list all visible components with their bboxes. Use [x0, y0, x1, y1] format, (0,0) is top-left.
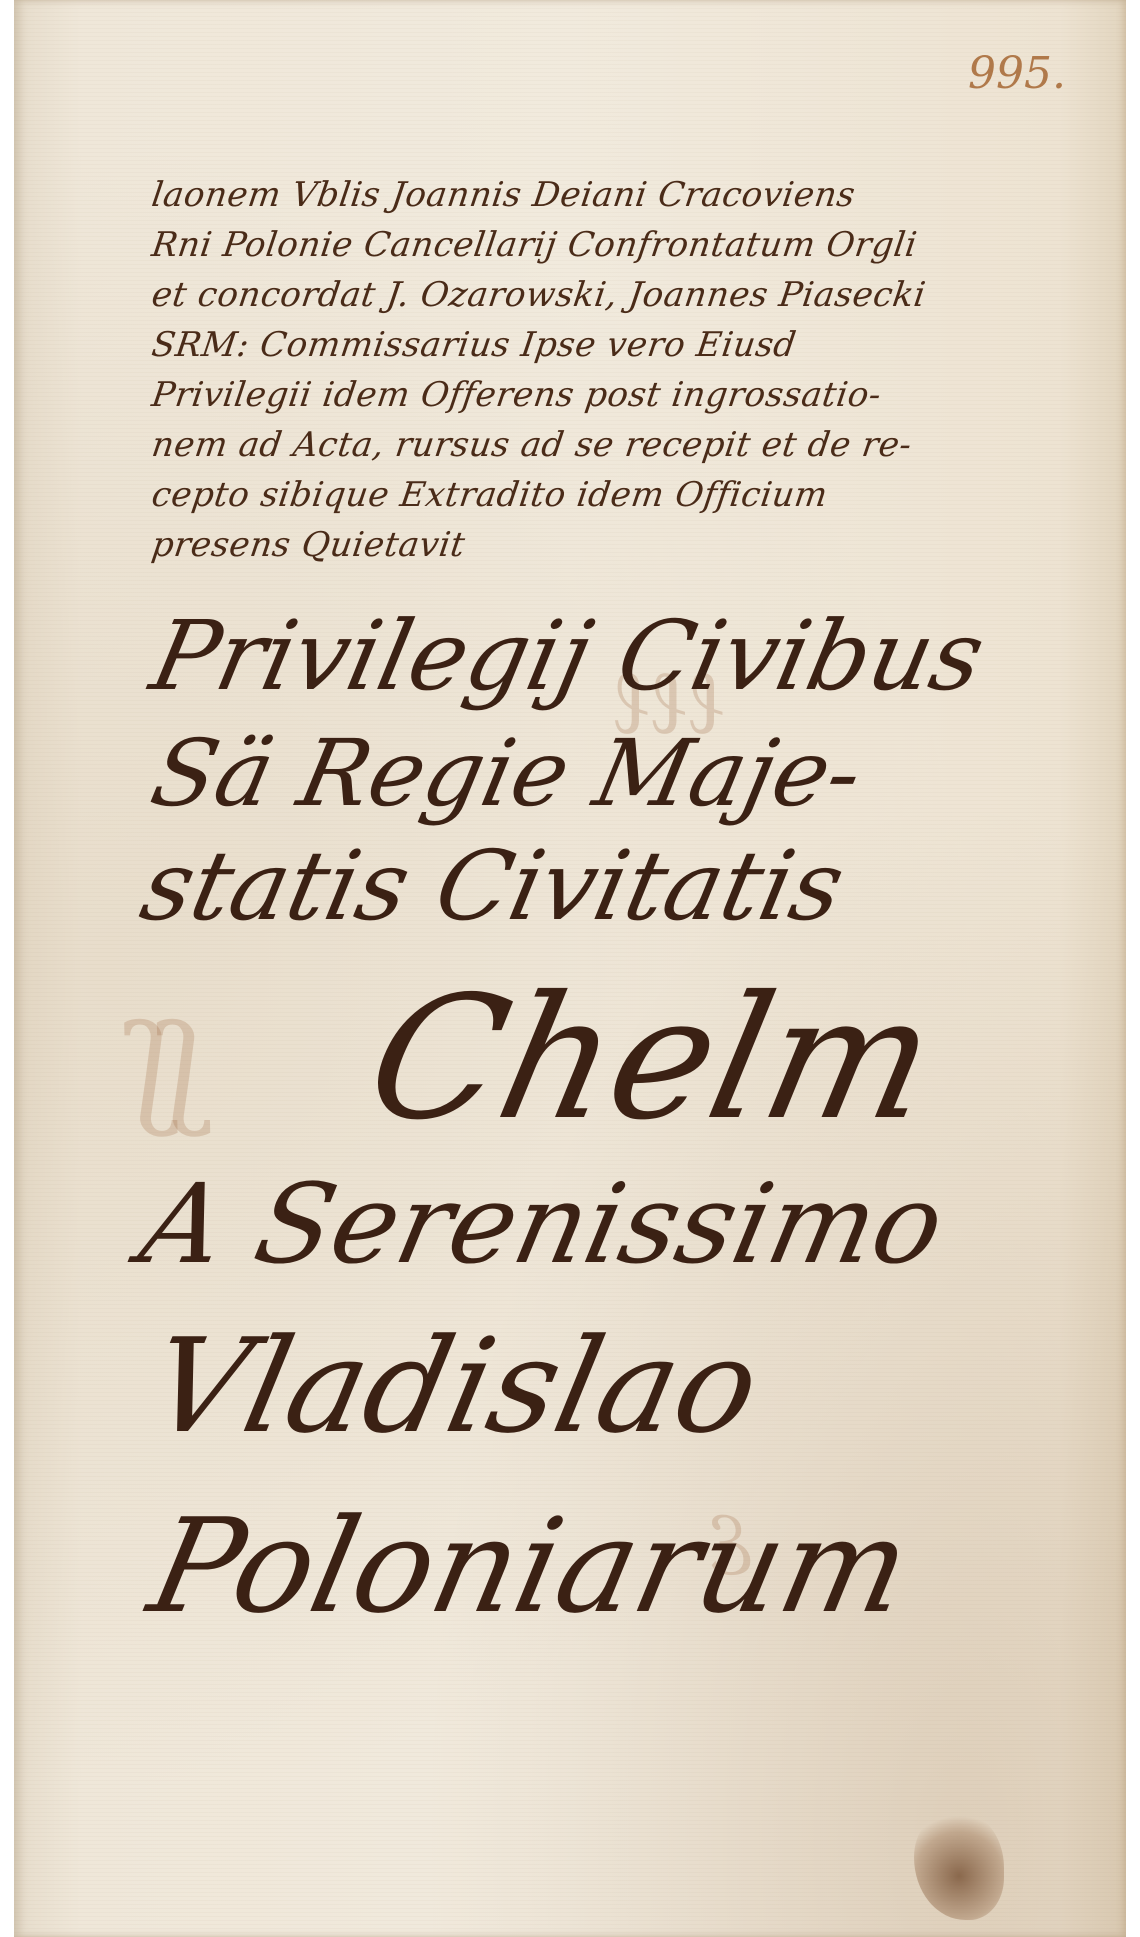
title-line: Vladislao: [138, 1310, 772, 1462]
title-line: Sä Regie Maje-: [143, 720, 872, 827]
paragraph-line: et concordat J. Ozarowski, Joannes Piase…: [148, 270, 1035, 320]
paragraph-line: SRM: Commissarius Ipse vero Eiusd: [148, 320, 1035, 370]
paragraph-line: laonem Vblis Joannis Deiani Cracoviens: [148, 170, 1035, 220]
paragraph-line: presens Quietavit: [148, 520, 1035, 570]
folio-number: 995.: [968, 48, 1066, 99]
paragraph-text: laonem Vblis Joannis Deiani Cracoviens R…: [152, 170, 1032, 570]
paragraph-line: Rni Polonie Cancellarij Confrontatum Org…: [148, 220, 1035, 270]
paragraph-line: cepto sibique Extradito idem Officium: [148, 470, 1035, 520]
title-city-name: Chelm: [353, 960, 951, 1158]
manuscript-page: ℓℓℓ ʃʃ ℰ 995. laonem Vblis Joannis Deian…: [14, 0, 1126, 1937]
paragraph-line: nem ad Acta, rursus ad se recepit et de …: [148, 420, 1035, 470]
title-line: statis Civitatis: [132, 830, 853, 942]
paragraph-line: Privilegii idem Offerens post ingrossati…: [148, 370, 1035, 420]
title-line: A Serenissimo: [130, 1160, 954, 1288]
title-line: Privilegij Civibus: [142, 600, 994, 712]
title-line: Poloniarum: [138, 1490, 923, 1642]
